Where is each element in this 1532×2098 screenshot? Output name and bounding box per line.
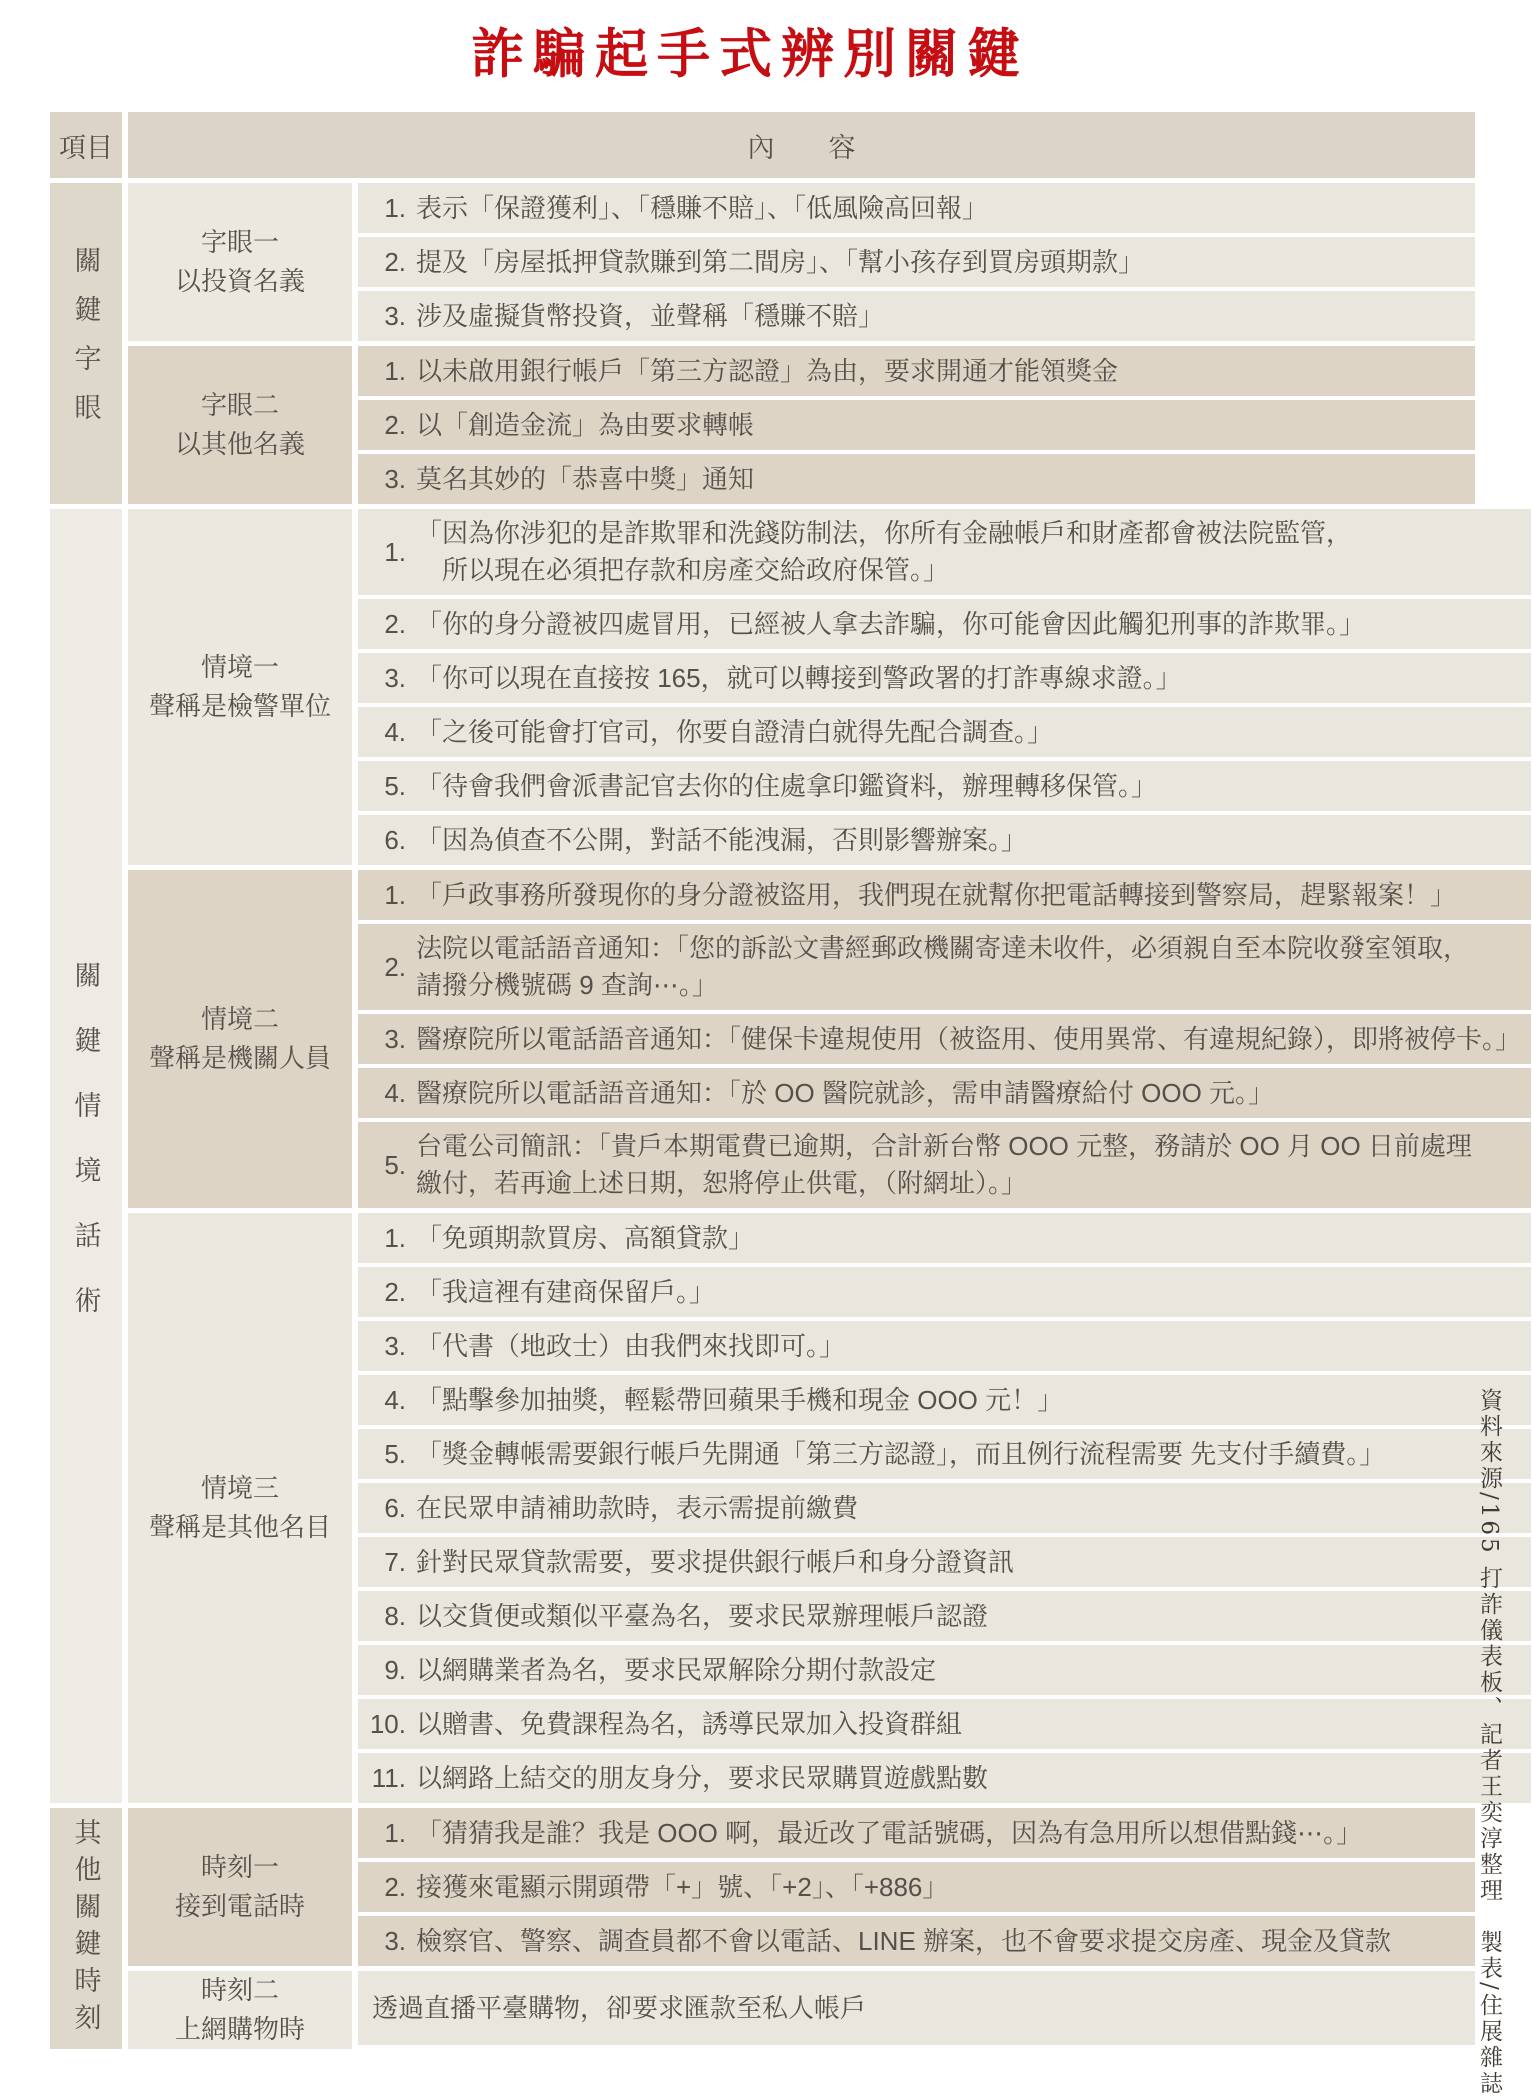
- row-number: 3.: [358, 1331, 406, 1362]
- section-groups: 情境一 聲稱是檢警單位1.「因為你涉犯的是詐欺罪和洗錢防制法，你所有金融帳戶和財…: [128, 509, 1531, 1803]
- table-row: 4.「點擊參加抽獎，輕鬆帶回蘋果手機和現金 OOO 元！」: [358, 1375, 1531, 1425]
- row-text: 「獎金轉帳需要銀行帳戶先開通「第三方認證」，而且例行流程需要 先支付手續費。」: [416, 1436, 1521, 1473]
- table-row: 11.以網路上結交的朋友身分，要求民眾購買遊戲點數: [358, 1753, 1531, 1803]
- table-row: 6.在民眾申請補助款時，表示需提前繳費: [358, 1483, 1531, 1533]
- table-row: 5.「獎金轉帳需要銀行帳戶先開通「第三方認證」，而且例行流程需要 先支付手續費。…: [358, 1429, 1531, 1479]
- table-row: 3.檢察官、警察、調查員都不會以電話、LINE 辦案，也不會要求提交房產、現金及…: [358, 1916, 1475, 1966]
- row-number: 3.: [358, 1024, 406, 1055]
- row-text: 以「創造金流」為由要求轉帳: [416, 407, 1465, 444]
- row-group: 字眼二 以其他名義1.以未啟用銀行帳戶「第三方認證」為由，要求開通才能領獎金2.…: [128, 346, 1475, 504]
- table-header-row: 項目 內 容: [50, 112, 1475, 178]
- table-row: 1.以未啟用銀行帳戶「第三方認證」為由，要求開通才能領獎金: [358, 346, 1475, 396]
- row-text: 透過直播平臺購物，卻要求匯款至私人帳戶: [358, 1990, 1465, 2027]
- table-row: 6.「因為偵查不公開，對話不能洩漏，否則影響辦案。」: [358, 815, 1531, 865]
- header-content-col: 內 容: [128, 112, 1475, 178]
- group-label: 情境一 聲稱是檢警單位: [128, 509, 352, 865]
- row-number: 2.: [358, 247, 406, 278]
- table-row: 5.台電公司簡訊：「貴戶本期電費已逾期，合計新台幣 OOO 元整，務請於 OO …: [358, 1122, 1531, 1208]
- row-group: 時刻二 上網購物時透過直播平臺購物，卻要求匯款至私人帳戶: [128, 1971, 1475, 2049]
- row-number: 6.: [358, 825, 406, 856]
- row-number: 8.: [358, 1601, 406, 1632]
- row-number: 2.: [358, 1872, 406, 1903]
- table-row: 3.「代書（地政士）由我們來找即可。」: [358, 1321, 1531, 1371]
- scam-key-table: 項目 內 容 關鍵字眼字眼一 以投資名義1.表示「保證獲利」、「穩賺不賠」、「低…: [50, 112, 1475, 2049]
- row-number: 9.: [358, 1655, 406, 1686]
- row-group: 字眼一 以投資名義1.表示「保證獲利」、「穩賺不賠」、「低風險高回報」2.提及「…: [128, 183, 1475, 341]
- group-rows: 1.以未啟用銀行帳戶「第三方認證」為由，要求開通才能領獎金2.以「創造金流」為由…: [358, 346, 1475, 504]
- table-row: 9.以網購業者為名，要求民眾解除分期付款設定: [358, 1645, 1531, 1695]
- group-rows: 1.「猜猜我是誰？我是 OOO 啊，最近改了電話號碼，因為有急用所以想借點錢⋯。…: [358, 1808, 1475, 1966]
- table-row: 2.法院以電話語音通知：「您的訴訟文書經郵政機關寄達未收件，必須親自至本院收發室…: [358, 924, 1531, 1010]
- row-number: 2.: [358, 609, 406, 640]
- row-number: 4.: [358, 717, 406, 748]
- table-row: 4.「之後可能會打官司，你要自證清白就得先配合調查。」: [358, 707, 1531, 757]
- row-number: 1.: [358, 1818, 406, 1849]
- row-number: 3.: [358, 1926, 406, 1957]
- table-row: 1.「免頭期款買房、高額貸款」: [358, 1213, 1531, 1263]
- table-section: 關鍵情境話術情境一 聲稱是檢警單位1.「因為你涉犯的是詐欺罪和洗錢防制法，你所有…: [50, 509, 1475, 1803]
- group-label: 時刻一 接到電話時: [128, 1808, 352, 1966]
- section-groups: 字眼一 以投資名義1.表示「保證獲利」、「穩賺不賠」、「低風險高回報」2.提及「…: [128, 183, 1475, 504]
- row-text: 醫療院所以電話語音通知：「於 OO 醫院就診，需申請醫療給付 OOO 元。」: [416, 1075, 1521, 1112]
- row-text: 「免頭期款買房、高額貸款」: [416, 1220, 1521, 1257]
- table-row: 7.針對民眾貸款需要，要求提供銀行帳戶和身分證資訊: [358, 1537, 1531, 1587]
- row-text: 在民眾申請補助款時，表示需提前繳費: [416, 1490, 1521, 1527]
- row-text: 「猜猜我是誰？我是 OOO 啊，最近改了電話號碼，因為有急用所以想借點錢⋯。」: [416, 1815, 1465, 1852]
- table-row: 3.「你可以現在直接按 165，就可以轉接到警政署的打詐專線求證。」: [358, 653, 1531, 703]
- row-text: 以網路上結交的朋友身分，要求民眾購買遊戲點數: [416, 1760, 1521, 1797]
- group-label: 字眼一 以投資名義: [128, 183, 352, 341]
- table-row: 3.涉及虛擬貨幣投資，並聲稱「穩賺不賠」: [358, 291, 1475, 341]
- row-number: 5.: [358, 771, 406, 802]
- row-number: 1.: [358, 537, 406, 568]
- group-rows: 透過直播平臺購物，卻要求匯款至私人帳戶: [358, 1971, 1475, 2049]
- row-number: 3.: [358, 663, 406, 694]
- row-text: 以未啟用銀行帳戶「第三方認證」為由，要求開通才能領獎金: [416, 353, 1465, 390]
- row-text: 表示「保證獲利」、「穩賺不賠」、「低風險高回報」: [416, 190, 1465, 227]
- row-text: 「點擊參加抽獎，輕鬆帶回蘋果手機和現金 OOO 元！」: [416, 1382, 1521, 1419]
- row-number: 10.: [358, 1709, 406, 1740]
- table-section: 其他關鍵時刻時刻一 接到電話時1.「猜猜我是誰？我是 OOO 啊，最近改了電話號…: [50, 1808, 1475, 2049]
- table-row: 3.醫療院所以電話語音通知：「健保卡違規使用（被盜用、使用異常、有違規紀錄），即…: [358, 1014, 1531, 1064]
- header-item-col: 項目: [50, 112, 122, 178]
- group-rows: 1.表示「保證獲利」、「穩賺不賠」、「低風險高回報」2.提及「房屋抵押貸款賺到第…: [358, 183, 1475, 341]
- row-number: 5.: [358, 1439, 406, 1470]
- row-text: 「因為你涉犯的是詐欺罪和洗錢防制法，你所有金融帳戶和財產都會被法院監管， 所以現…: [416, 515, 1521, 589]
- row-text: 「你可以現在直接按 165，就可以轉接到警政署的打詐專線求證。」: [416, 660, 1521, 697]
- row-number: 2.: [358, 410, 406, 441]
- group-rows: 1.「戶政事務所發現你的身分證被盜用，我們現在就幫你把電話轉接到警察局，趕緊報案…: [358, 870, 1531, 1208]
- row-number: 6.: [358, 1493, 406, 1524]
- section-groups: 時刻一 接到電話時1.「猜猜我是誰？我是 OOO 啊，最近改了電話號碼，因為有急…: [128, 1808, 1475, 2049]
- group-label: 時刻二 上網購物時: [128, 1971, 352, 2049]
- row-number: 2.: [358, 1277, 406, 1308]
- row-group: 情境三 聲稱是其他名目1.「免頭期款買房、高額貸款」2.「我這裡有建商保留戶。」…: [128, 1213, 1531, 1803]
- table-section: 關鍵字眼字眼一 以投資名義1.表示「保證獲利」、「穩賺不賠」、「低風險高回報」2…: [50, 183, 1475, 504]
- row-number: 1.: [358, 1223, 406, 1254]
- row-text: 「待會我們會派書記官去你的住處拿印鑑資料，辦理轉移保管。」: [416, 768, 1521, 805]
- row-text: 莫名其妙的「恭喜中獎」通知: [416, 461, 1465, 498]
- category-label: 關鍵情境話術: [50, 509, 122, 1803]
- table-row: 2.以「創造金流」為由要求轉帳: [358, 400, 1475, 450]
- row-text: 以贈書、免費課程為名，誘導民眾加入投資群組: [416, 1706, 1521, 1743]
- row-number: 7.: [358, 1547, 406, 1578]
- row-text: 接獲來電顯示開頭帶「+」號、「+2」、「+886」: [416, 1869, 1465, 1906]
- row-number: 1.: [358, 193, 406, 224]
- row-number: 4.: [358, 1078, 406, 1109]
- row-text: 針對民眾貸款需要，要求提供銀行帳戶和身分證資訊: [416, 1544, 1521, 1581]
- category-label: 關鍵字眼: [50, 183, 122, 504]
- group-label: 情境三 聲稱是其他名目: [128, 1213, 352, 1803]
- table-row: 2.提及「房屋抵押貸款賺到第二間房」、「幫小孩存到買房頭期款」: [358, 237, 1475, 287]
- row-number: 3.: [358, 301, 406, 332]
- table-row: 3.莫名其妙的「恭喜中獎」通知: [358, 454, 1475, 504]
- table-row: 2.「你的身分證被四處冒用，已經被人拿去詐騙，你可能會因此觸犯刑事的詐欺罪。」: [358, 599, 1531, 649]
- table-sections: 關鍵字眼字眼一 以投資名義1.表示「保證獲利」、「穩賺不賠」、「低風險高回報」2…: [50, 183, 1475, 2049]
- row-text: 以交貨便或類似平臺為名，要求民眾辦理帳戶認證: [416, 1598, 1521, 1635]
- table-row: 8.以交貨便或類似平臺為名，要求民眾辦理帳戶認證: [358, 1591, 1531, 1641]
- table-row: 2.「我這裡有建商保留戶。」: [358, 1267, 1531, 1317]
- row-group: 情境二 聲稱是機關人員1.「戶政事務所發現你的身分證被盜用，我們現在就幫你把電話…: [128, 870, 1531, 1208]
- row-text: 以網購業者為名，要求民眾解除分期付款設定: [416, 1652, 1521, 1689]
- table-row: 10.以贈書、免費課程為名，誘導民眾加入投資群組: [358, 1699, 1531, 1749]
- table-row: 1.「戶政事務所發現你的身分證被盜用，我們現在就幫你把電話轉接到警察局，趕緊報案…: [358, 870, 1531, 920]
- row-group: 情境一 聲稱是檢警單位1.「因為你涉犯的是詐欺罪和洗錢防制法，你所有金融帳戶和財…: [128, 509, 1531, 865]
- row-number: 1.: [358, 356, 406, 387]
- row-text: 「之後可能會打官司，你要自證清白就得先配合調查。」: [416, 714, 1521, 751]
- row-text: 「因為偵查不公開，對話不能洩漏，否則影響辦案。」: [416, 822, 1521, 859]
- table-row: 2.接獲來電顯示開頭帶「+」號、「+2」、「+886」: [358, 1862, 1475, 1912]
- row-text: 「代書（地政士）由我們來找即可。」: [416, 1328, 1521, 1365]
- row-text: 「我這裡有建商保留戶。」: [416, 1274, 1521, 1311]
- row-text: 「戶政事務所發現你的身分證被盜用，我們現在就幫你把電話轉接到警察局，趕緊報案！」: [416, 877, 1521, 914]
- row-text: 法院以電話語音通知：「您的訴訟文書經郵政機關寄達未收件，必須親自至本院收發室領取…: [416, 930, 1521, 1004]
- row-number: 5.: [358, 1150, 406, 1181]
- table-row: 5.「待會我們會派書記官去你的住處拿印鑑資料，辦理轉移保管。」: [358, 761, 1531, 811]
- group-label: 字眼二 以其他名義: [128, 346, 352, 504]
- row-text: 涉及虛擬貨幣投資，並聲稱「穩賺不賠」: [416, 298, 1465, 335]
- row-number: 1.: [358, 880, 406, 911]
- group-rows: 1.「因為你涉犯的是詐欺罪和洗錢防制法，你所有金融帳戶和財產都會被法院監管， 所…: [358, 509, 1531, 865]
- table-row: 1.「猜猜我是誰？我是 OOO 啊，最近改了電話號碼，因為有急用所以想借點錢⋯。…: [358, 1808, 1475, 1858]
- row-text: 醫療院所以電話語音通知：「健保卡違規使用（被盜用、使用異常、有違規紀錄），即將被…: [416, 1021, 1521, 1058]
- group-label: 情境二 聲稱是機關人員: [128, 870, 352, 1208]
- source-note: 資料來源/165 打詐儀表板、記者王奕淳整理 製表/住展雜誌: [1473, 1388, 1506, 2097]
- category-label: 其他關鍵時刻: [50, 1808, 122, 2049]
- table-row: 1.「因為你涉犯的是詐欺罪和洗錢防制法，你所有金融帳戶和財產都會被法院監管， 所…: [358, 509, 1531, 595]
- group-rows: 1.「免頭期款買房、高額貸款」2.「我這裡有建商保留戶。」3.「代書（地政士）由…: [358, 1213, 1531, 1803]
- row-number: 3.: [358, 464, 406, 495]
- row-text: 「你的身分證被四處冒用，已經被人拿去詐騙，你可能會因此觸犯刑事的詐欺罪。」: [416, 606, 1521, 643]
- row-text: 檢察官、警察、調查員都不會以電話、LINE 辦案，也不會要求提交房產、現金及貸款: [416, 1923, 1465, 1960]
- row-text: 台電公司簡訊：「貴戶本期電費已逾期，合計新台幣 OOO 元整，務請於 OO 月 …: [416, 1128, 1521, 1202]
- row-number: 11.: [358, 1763, 406, 1794]
- table-row: 1.表示「保證獲利」、「穩賺不賠」、「低風險高回報」: [358, 183, 1475, 233]
- row-number: 2.: [358, 952, 406, 983]
- row-number: 4.: [358, 1385, 406, 1416]
- page-title: 詐騙起手式辨別關鍵: [0, 12, 1500, 88]
- table-row: 4.醫療院所以電話語音通知：「於 OO 醫院就診，需申請醫療給付 OOO 元。」: [358, 1068, 1531, 1118]
- row-group: 時刻一 接到電話時1.「猜猜我是誰？我是 OOO 啊，最近改了電話號碼，因為有急…: [128, 1808, 1475, 1966]
- table-row: 透過直播平臺購物，卻要求匯款至私人帳戶: [358, 1971, 1475, 2045]
- row-text: 提及「房屋抵押貸款賺到第二間房」、「幫小孩存到買房頭期款」: [416, 244, 1465, 281]
